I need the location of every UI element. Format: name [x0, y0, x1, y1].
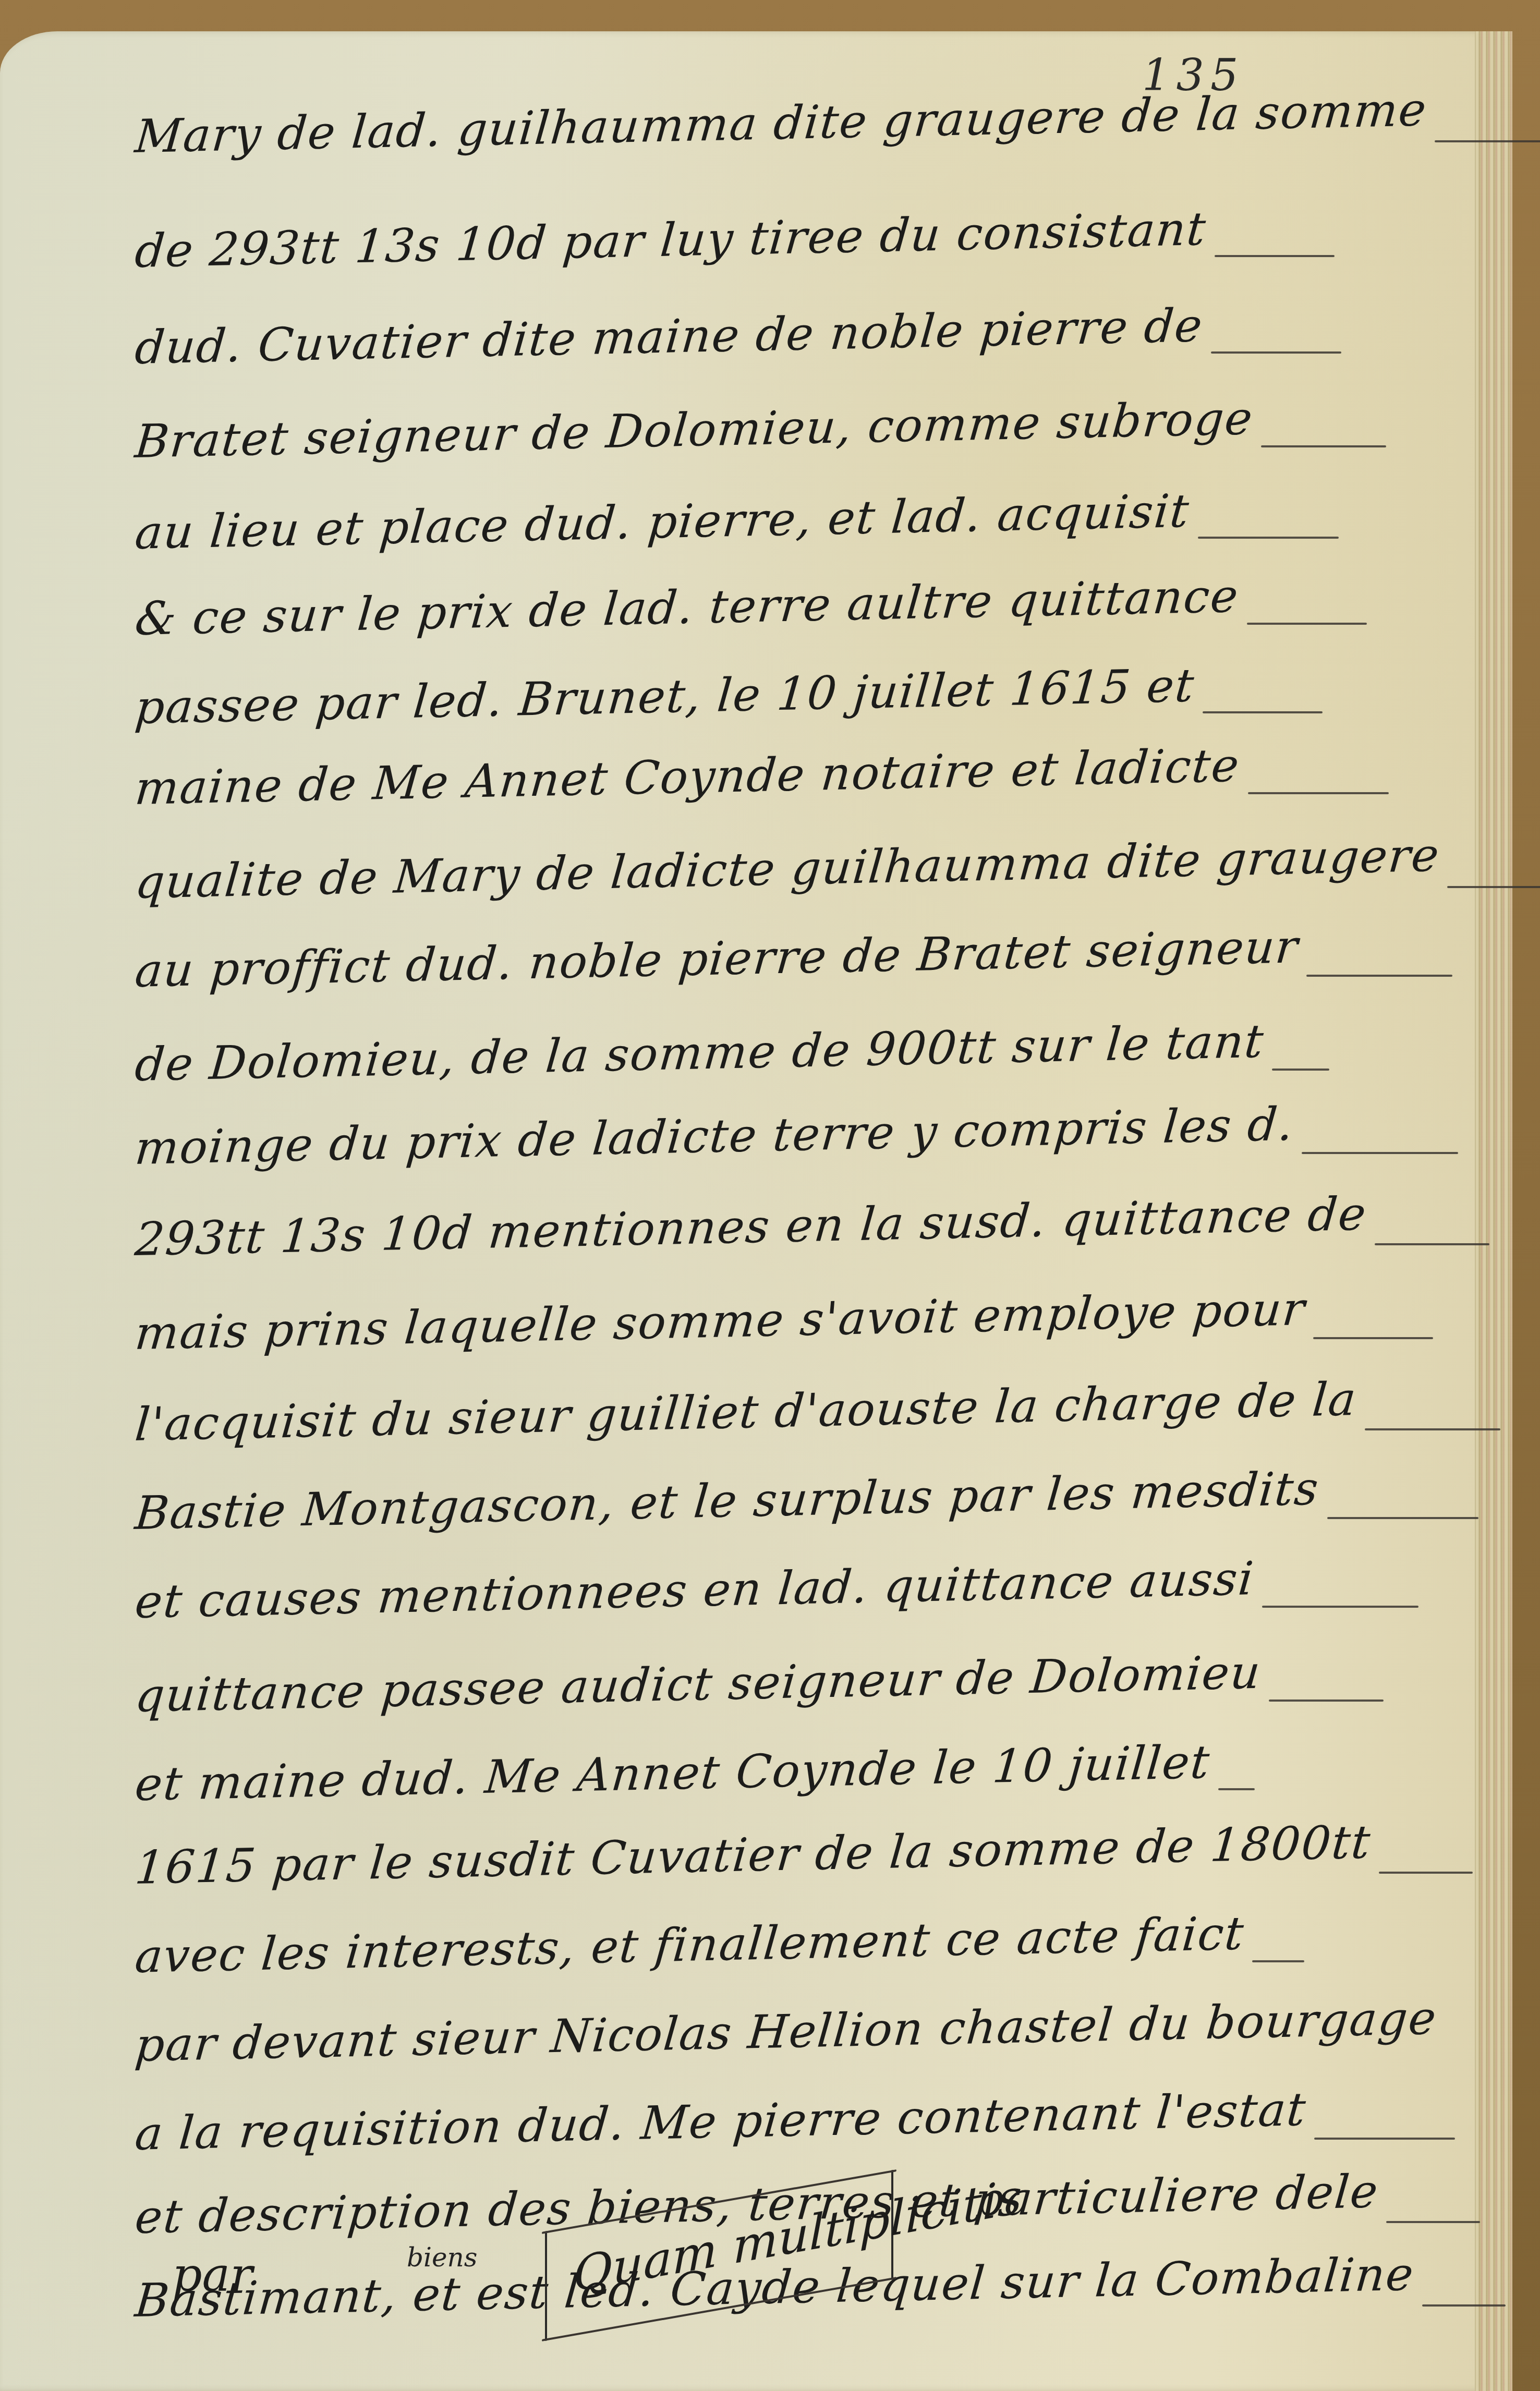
line-filler-stroke — [1262, 1606, 1418, 1608]
line-filler-stroke — [1248, 792, 1389, 794]
manuscript-line: par devant sieur Nicolas Hellion chastel… — [133, 2018, 1432, 2072]
manuscript-line: moinge du prix de ladicte terre y compri… — [133, 1121, 1458, 1175]
manuscript-line: et causes mentionnees en lad. quittance … — [133, 1575, 1418, 1629]
line-filler-stroke — [1247, 623, 1367, 625]
line-filler-stroke — [1386, 2221, 1480, 2223]
manuscript-line: avec les interests, et finallement ce ac… — [133, 1929, 1304, 1983]
line-filler-stroke — [1314, 2138, 1455, 2140]
manuscript-line: 1615 par le susdit Cuvatier de la somme … — [133, 1841, 1473, 1895]
manuscript-line: a la requisition dud. Me pierre contenan… — [133, 2107, 1455, 2161]
line-filler-stroke — [1211, 351, 1341, 354]
manuscript-line: passee par led. Brunet, le 10 juillet 16… — [133, 681, 1323, 734]
manuscript-line: Bratet seigneur de Dolomieu, comme subro… — [133, 415, 1386, 468]
line-filler-stroke — [1379, 1872, 1473, 1874]
line-filler-stroke — [1365, 1428, 1500, 1430]
manuscript-line: et maine dud. Me Annet Coynde le 10 juil… — [133, 1757, 1255, 1811]
line-filler-stroke — [1218, 1788, 1255, 1790]
line-filler-stroke — [1252, 1960, 1304, 1962]
line-filler-stroke — [1447, 886, 1540, 888]
manuscript-line: qualite de Mary de ladicte guilhaumma di… — [133, 855, 1540, 909]
line-filler-stroke — [1327, 1517, 1478, 1519]
line-filler-stroke — [1306, 975, 1452, 977]
line-filler-stroke — [1375, 1243, 1489, 1245]
line-filler-stroke — [1272, 1069, 1329, 1071]
manuscript-line: de 293tt 13s 10d par luy tiree du consis… — [133, 224, 1335, 278]
interlinear-insertion: biens — [407, 2242, 477, 2273]
manuscript-line: 293tt 13s 10d mentionnes en la susd. qui… — [133, 1212, 1489, 1266]
line-filler-stroke — [1435, 140, 1540, 142]
line-filler-stroke — [1215, 255, 1335, 257]
manuscript-line: l'acquisit du sieur guilliet d'aouste la… — [133, 1398, 1500, 1451]
line-filler-stroke — [1203, 711, 1323, 713]
manuscript-line: dud. Cuvatier dite maine de noble pierre… — [133, 321, 1341, 374]
line-filler-stroke — [1302, 1152, 1458, 1154]
line-filler-stroke — [1422, 2304, 1506, 2307]
manuscript-line: Bastie Montgascon, et le surplus par les… — [133, 1486, 1478, 1540]
line-filler-stroke — [1313, 1337, 1433, 1339]
manuscript-line: Mary de lad. guilhaumma dite graugere de… — [133, 110, 1540, 163]
line-filler-stroke — [1269, 1700, 1384, 1702]
manuscript-line: au lieu et place dud. pierre, et lad. ac… — [133, 506, 1339, 560]
final-word: par — [172, 2248, 252, 2302]
manuscript-line: mais prins laquelle somme s'avoit employ… — [133, 1306, 1433, 1360]
page-edges — [1475, 31, 1512, 2391]
line-filler-stroke — [1198, 537, 1339, 539]
manuscript-line: & ce sur le prix de lad. terre aultre qu… — [133, 592, 1367, 646]
manuscript-line: au proffict dud. noble pierre de Bratet … — [133, 944, 1452, 998]
manuscript-line: maine de Me Annet Coynde notaire et ladi… — [133, 761, 1389, 815]
manuscript-line: de Dolomieu, de la somme de 900tt sur le… — [133, 1038, 1329, 1091]
manuscript-line: quittance passee audict seigneur de Dolo… — [133, 1669, 1384, 1722]
line-filler-stroke — [1261, 445, 1386, 447]
